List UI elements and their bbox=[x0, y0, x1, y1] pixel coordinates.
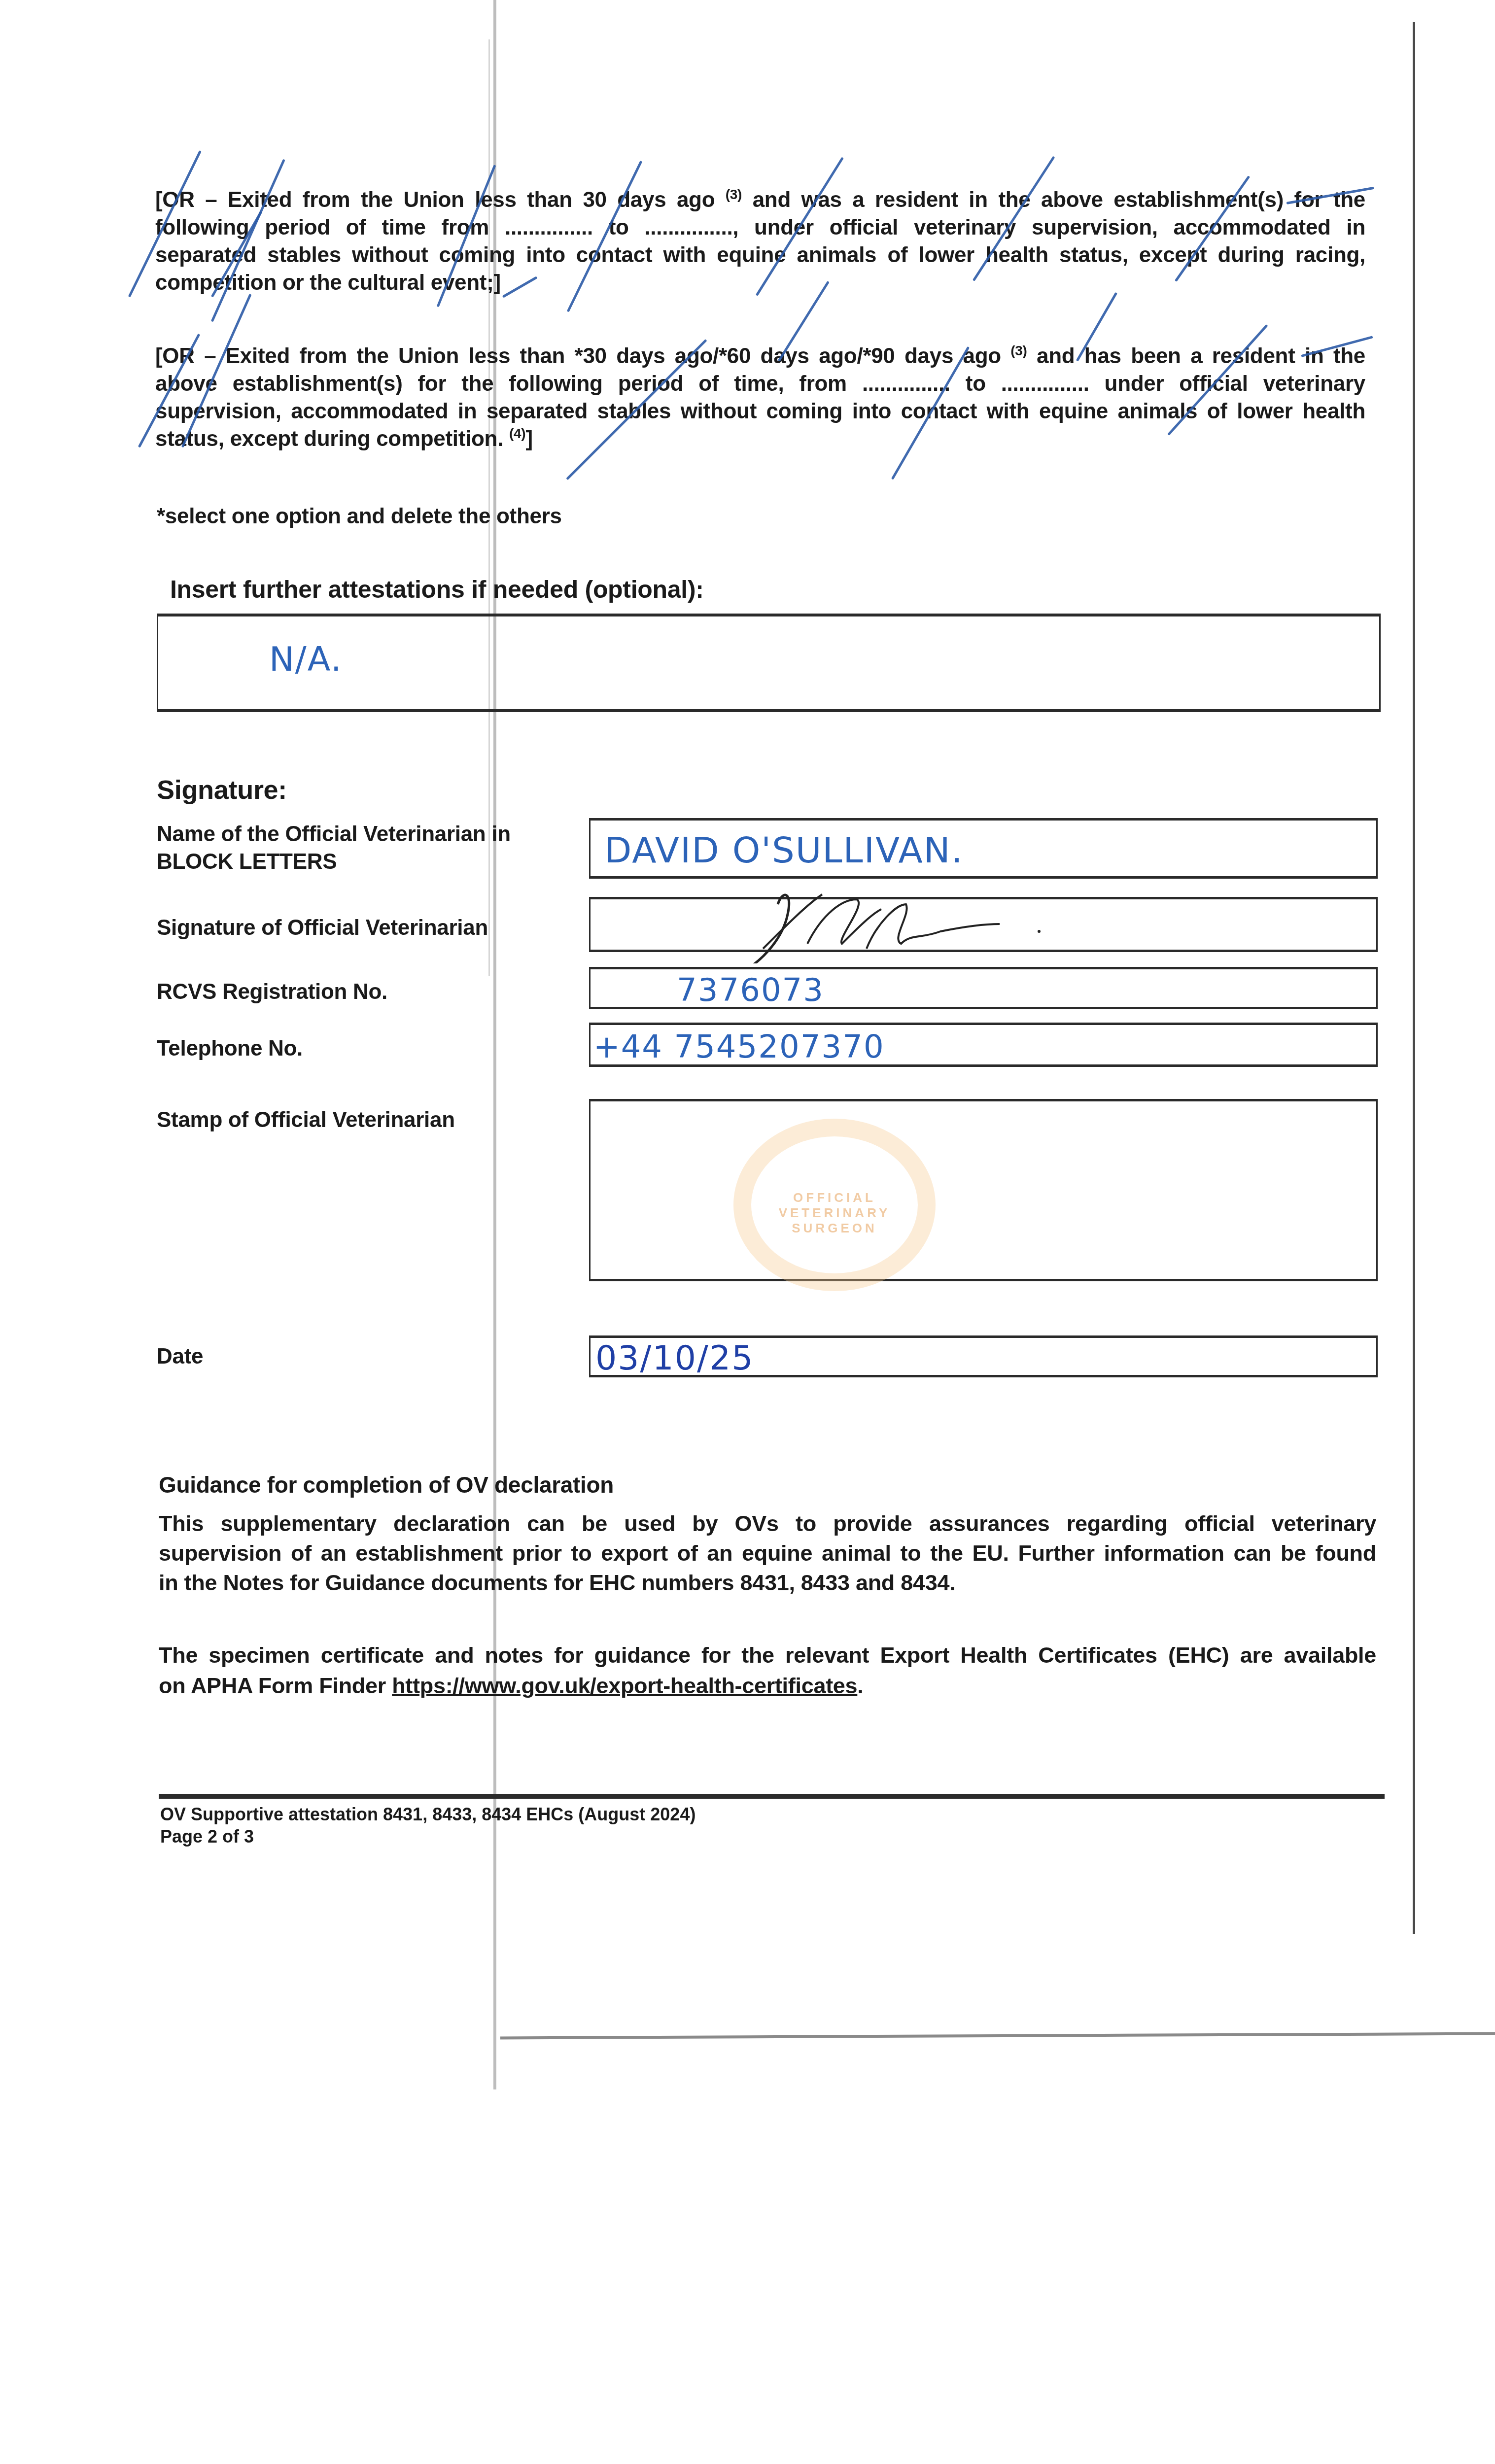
rcvs-value: 7376073 bbox=[677, 972, 824, 1009]
further-attestations-value: N/A. bbox=[269, 640, 343, 679]
rcvs-field[interactable]: 7376073 bbox=[589, 967, 1378, 1009]
telephone-value: +44 7545207370 bbox=[593, 1029, 885, 1065]
date-value: 03/10/25 bbox=[595, 1339, 754, 1378]
select-option-note: *select one option and delete the others bbox=[157, 503, 562, 530]
telephone-label: Telephone No. bbox=[157, 1035, 303, 1062]
handwritten-signature bbox=[709, 885, 1054, 963]
scan-artifact-right-edge-line bbox=[1413, 22, 1415, 1934]
signature-field[interactable]: D. O'Sullivan (handwritten signature) bbox=[589, 897, 1378, 952]
footer-page-number: Page 2 of 3 bbox=[160, 1826, 254, 1848]
signature-label: Signature of Official Veterinarian bbox=[157, 914, 488, 942]
name-value: DAVID O'SULLIVAN. bbox=[604, 829, 964, 871]
guidance-paragraph: This supplementary declaration can be us… bbox=[159, 1509, 1376, 1598]
specimen-paragraph: The specimen certificate and notes for g… bbox=[159, 1640, 1376, 1701]
attestation-option-30-60-90-days: [OR – Exited from the Union less than *3… bbox=[155, 342, 1365, 453]
date-field[interactable]: 03/10/25 bbox=[589, 1335, 1378, 1377]
attestation-option-30-days: [OR – Exited from the Union less than 30… bbox=[155, 186, 1365, 297]
telephone-field[interactable]: +44 7545207370 bbox=[589, 1023, 1378, 1067]
further-attestations-field[interactable]: N/A. bbox=[157, 614, 1381, 712]
scan-artifact-vertical-line bbox=[493, 0, 496, 2089]
scan-artifact-bottom-edge-line bbox=[500, 2032, 1495, 2040]
stamp-text: OFFICIAL VETERINARY SURGEON bbox=[738, 1190, 931, 1236]
guidance-heading: Guidance for completion of OV declaratio… bbox=[159, 1471, 614, 1499]
name-field[interactable]: DAVID O'SULLIVAN. bbox=[589, 818, 1378, 879]
name-label: Name of the Official Veterinarian in BLO… bbox=[157, 821, 511, 876]
rcvs-label: RCVS Registration No. bbox=[157, 978, 387, 1006]
signature-heading: Signature: bbox=[157, 776, 287, 804]
footer-rule bbox=[159, 1794, 1385, 1799]
date-label: Date bbox=[157, 1343, 203, 1370]
footer-title: OV Supportive attestation 8431, 8433, 84… bbox=[160, 1804, 695, 1825]
stamp-field[interactable]: OFFICIAL VETERINARY SURGEON bbox=[589, 1099, 1378, 1281]
further-attestations-heading: Insert further attestations if needed (o… bbox=[170, 576, 704, 603]
stamp-label: Stamp of Official Veterinarian bbox=[157, 1106, 455, 1134]
export-health-certificates-link[interactable]: https://www.gov.uk/export-health-certifi… bbox=[392, 1673, 857, 1698]
